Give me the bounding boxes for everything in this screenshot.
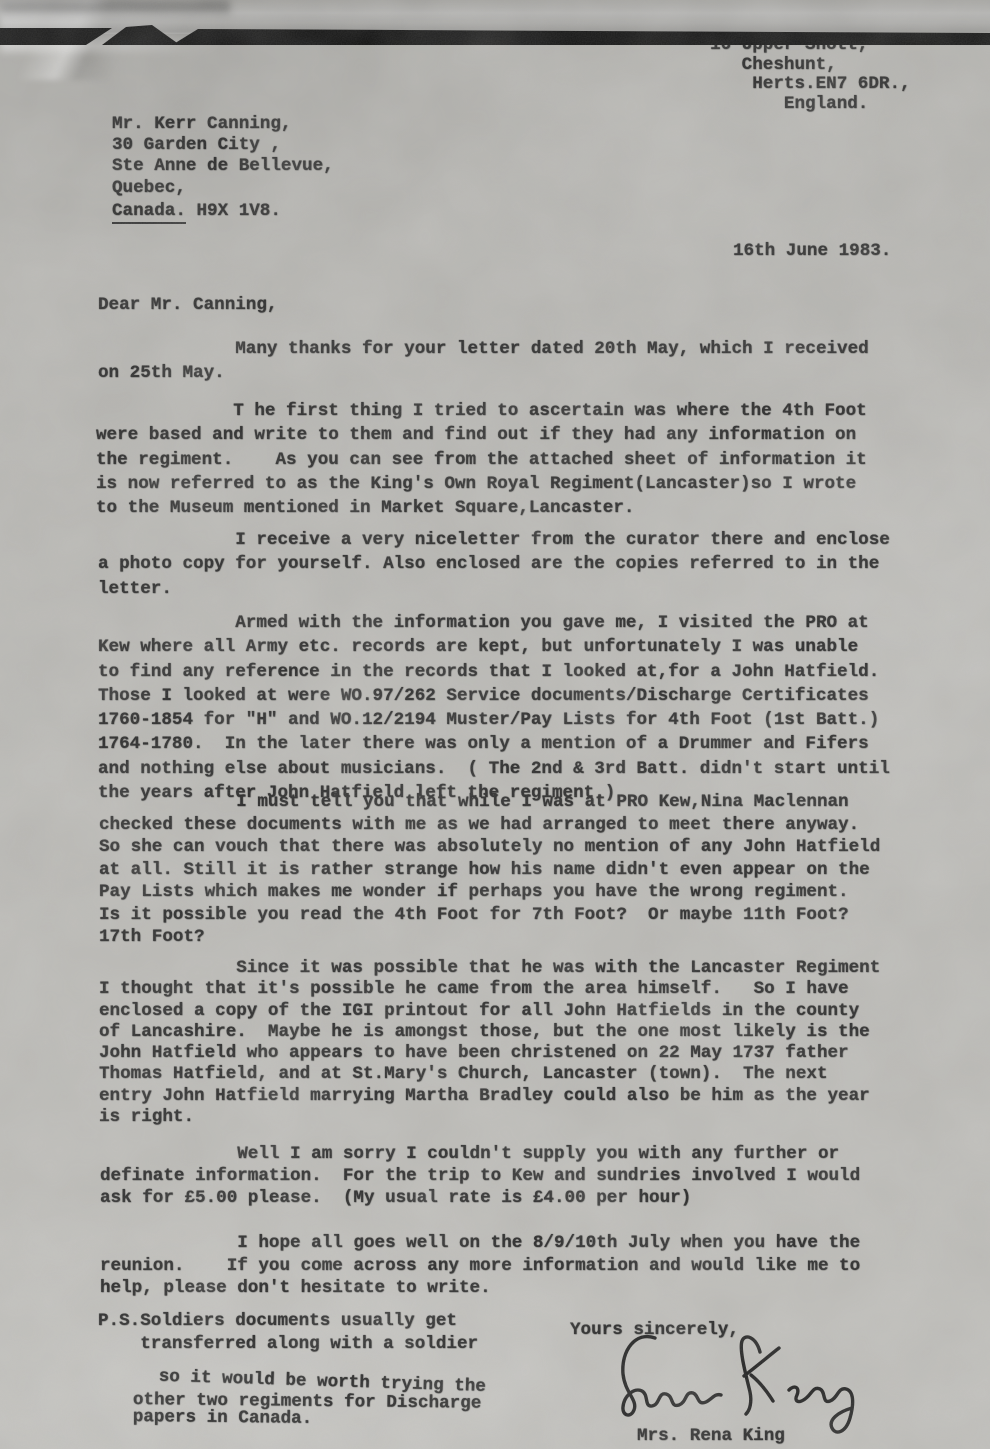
recipient-address: Mr. Kerr Canning, 30 Garden City , Ste A…: [112, 114, 334, 199]
handwritten-signature: [598, 1330, 898, 1435]
paragraph-5: I must tell you that while I was at PRO …: [99, 791, 880, 949]
paragraph-3: I receive a very niceletter from the cur…: [98, 528, 890, 601]
paragraph-4: Armed with the information you gave me, …: [98, 611, 890, 805]
salutation: Dear Mr. Canning,: [98, 293, 278, 317]
letter-photo: 16 Upper Shott, Cheshunt, Herts.EN7 6DR.…: [0, 0, 990, 1449]
recipient-postcode: H9X 1V8.: [186, 201, 281, 221]
recipient-country-line: Canada. H9X 1V8.: [112, 199, 281, 223]
paragraph-2: T he first thing I tried to ascertain wa…: [96, 399, 867, 520]
sender-address: 16 Upper Shott, Cheshunt, Herts.EN7 6DR.…: [710, 36, 911, 114]
postscript-part3: other two regiments for Discharge papers…: [133, 1392, 482, 1429]
paragraph-1: Many thanks for your letter dated 20th M…: [98, 337, 869, 386]
postscript-part1: P.S.Soldiers documents usually get trans…: [98, 1310, 478, 1355]
letter-date: 16th June 1983.: [733, 239, 891, 263]
paragraph-6: Since it was possible that he was with t…: [99, 958, 880, 1128]
letter-text: 16 Upper Shott, Cheshunt, Herts.EN7 6DR.…: [0, 0, 990, 1449]
paragraph-7: Well I am sorry I couldn't supply you wi…: [100, 1143, 860, 1209]
photo-bottom-backdrop: [0, 0, 990, 45]
paragraph-8: I hope all goes well on the 8/9/10th Jul…: [100, 1232, 860, 1300]
recipient-country: Canada.: [112, 201, 186, 224]
